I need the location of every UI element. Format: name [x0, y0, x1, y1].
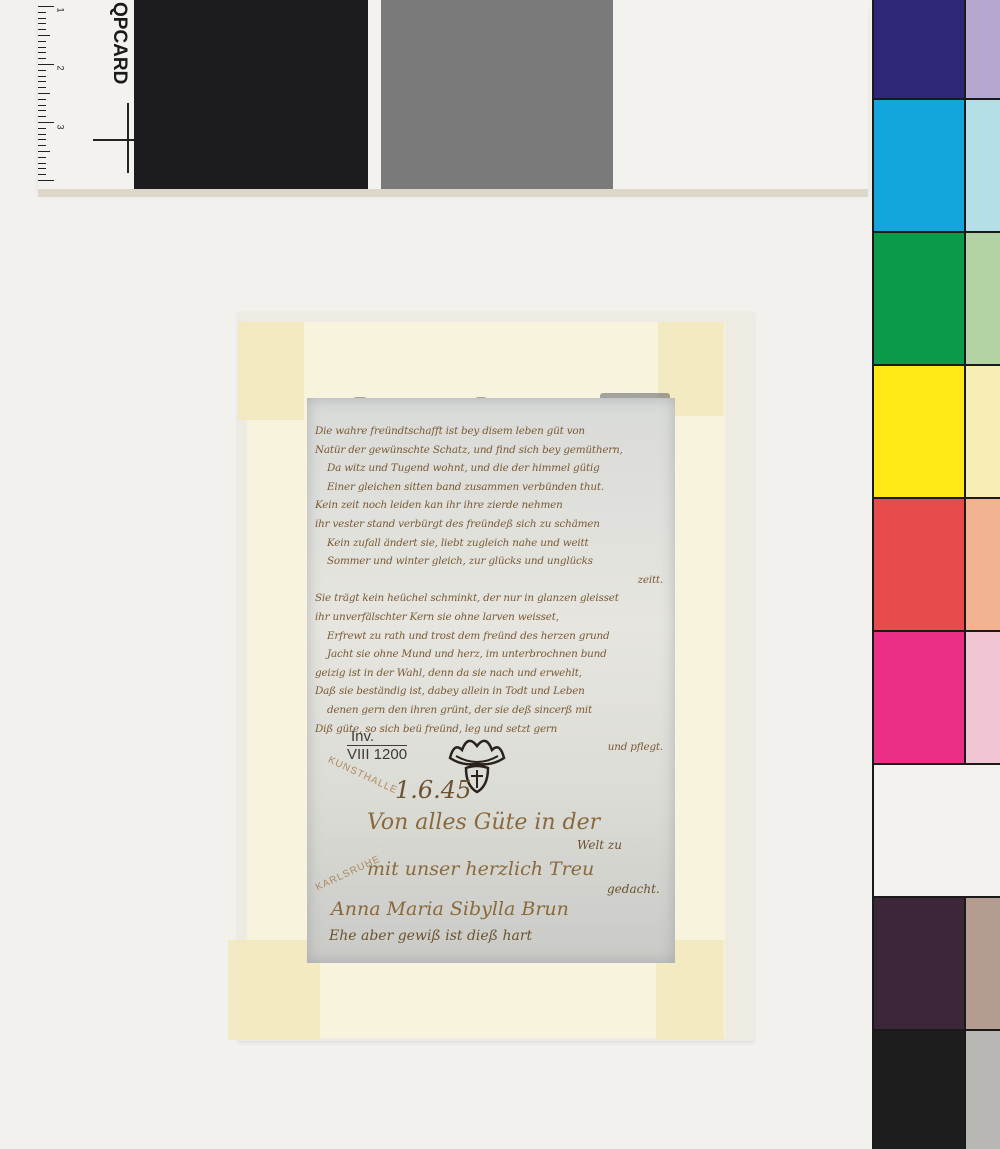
text-line: Sie trägt kein heüchel schminkt, der nur…	[315, 589, 673, 608]
color-patch	[966, 0, 1000, 98]
color-patch	[874, 366, 964, 497]
ruler-tick	[38, 151, 50, 152]
ruler-number: 3	[56, 124, 66, 129]
card-label: QPCARD	[108, 2, 130, 84]
color-patch	[874, 233, 964, 364]
color-patch	[874, 632, 964, 763]
ruler-tick	[38, 76, 46, 77]
signature: Anna Maria Sibylla Brun	[331, 898, 569, 920]
black-swatch	[134, 0, 368, 189]
letter-text: Die wahre freündtschafft ist bey disem l…	[315, 422, 673, 757]
closing-annotation: Welt zu	[577, 838, 622, 852]
ruler-tick	[38, 23, 46, 24]
color-patch	[966, 898, 1000, 1029]
ruler-tick	[38, 139, 46, 140]
color-patch	[874, 1031, 964, 1149]
text-line: denen gern den ihren grünt, der sie deß …	[315, 701, 673, 720]
text-line: Sommer und winter gleich, zur glücks und…	[315, 552, 673, 571]
ruler-tick	[38, 180, 54, 181]
text-line: geizig ist in der Wahl, denn da sie nach…	[315, 664, 673, 683]
color-patch	[966, 366, 1000, 497]
color-patch	[966, 1031, 1000, 1149]
ruler-tick	[38, 157, 46, 158]
color-patch	[874, 898, 964, 1029]
color-patch	[874, 0, 964, 98]
ruler-tick	[38, 81, 46, 82]
ruler-tick	[38, 110, 46, 111]
ruler-tick	[38, 41, 46, 42]
text-line: zeitt.	[315, 571, 673, 590]
text-line: Einer gleichen sitten band zusammen verb…	[315, 478, 673, 497]
crosshair-icon	[127, 103, 129, 173]
ruler-tick	[38, 6, 54, 7]
text-line: ihr unverfälschter Kern sie ohne larven …	[315, 608, 673, 627]
closing-annotation: gedacht.	[607, 882, 660, 896]
inventory-label: Inv.	[347, 728, 407, 745]
ruler-tick	[38, 105, 46, 106]
ruler-number: 1	[56, 7, 66, 12]
ruler-tick	[38, 163, 46, 164]
text-line: Da witz und Tugend wohnt, und die der hi…	[315, 459, 673, 478]
text-line: Erfrewt zu rath und trost dem freünd des…	[315, 627, 673, 646]
ruler	[38, 0, 58, 182]
ruler-tick	[38, 168, 46, 169]
text-line: Die wahre freündtschafft ist bey disem l…	[315, 422, 673, 441]
text-line: Jacht sie ohne Mund und herz, im unterbr…	[315, 645, 673, 664]
card-edge	[38, 189, 868, 197]
ruler-tick	[38, 134, 46, 135]
manuscript-letter: Die wahre freündtschafft ist bey disem l…	[307, 398, 675, 963]
ruler-tick	[38, 122, 54, 123]
color-patch	[874, 499, 964, 630]
color-patch	[966, 632, 1000, 763]
gray-swatch	[381, 0, 613, 189]
ruler-tick	[38, 12, 46, 13]
ruler-tick	[38, 47, 46, 48]
ruler-tick	[38, 52, 46, 53]
text-line: Daß sie beständig ist, dabey allein in T…	[315, 682, 673, 701]
color-patch-white	[874, 765, 1000, 896]
ruler-tick	[38, 58, 46, 59]
date-mark: 1.6.45	[395, 776, 471, 804]
color-patch	[966, 233, 1000, 364]
inventory-number: VIII 1200	[347, 745, 407, 763]
ruler-tick	[38, 35, 50, 36]
ruler-tick	[38, 93, 50, 94]
ruler-number: 2	[56, 65, 66, 70]
color-patch	[874, 100, 964, 231]
closing-line: Ehe aber gewiß ist dieß hart	[329, 928, 532, 944]
ruler-tick	[38, 128, 46, 129]
text-line: ihr vester stand verbürgt des freündeß s…	[315, 515, 673, 534]
text-line: Kein zufall ändert sie, liebt zugleich n…	[315, 534, 673, 553]
ruler-tick	[38, 29, 46, 30]
ruler-tick	[38, 116, 46, 117]
ruler-tick	[38, 87, 46, 88]
tape-top-left	[238, 322, 304, 420]
ruler-tick	[38, 64, 54, 65]
ruler-tick	[38, 99, 46, 100]
ruler-tick	[38, 18, 46, 19]
text-line: Natür der gewünschte Schatz, und find si…	[315, 441, 673, 460]
color-checker	[872, 0, 1000, 1149]
ruler-tick	[38, 174, 46, 175]
ruler-tick	[38, 145, 46, 146]
ruler-tick	[38, 70, 46, 71]
inventory-mark: Inv. VIII 1200	[347, 728, 407, 763]
color-patch	[966, 100, 1000, 231]
color-patch	[966, 499, 1000, 630]
closing-line: Von alles Güte in der	[367, 810, 600, 835]
text-line: Kein zeit noch leiden kan ihr ihre zierd…	[315, 496, 673, 515]
closing-line: mit unser herzlich Treu	[367, 858, 594, 880]
